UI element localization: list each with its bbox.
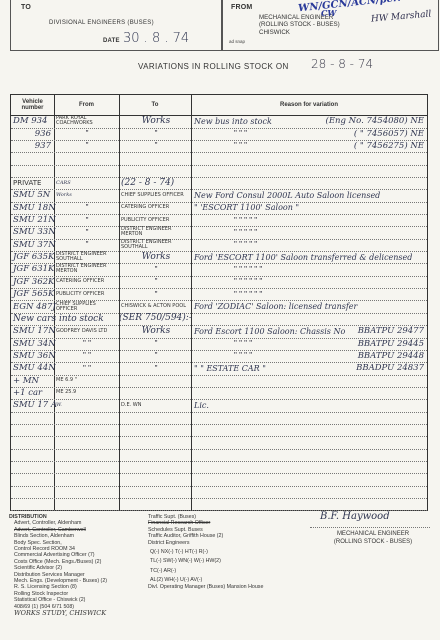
- to-cell: [121, 387, 191, 400]
- to-cell: DISTRICT ENGINEER SOUTHALL: [121, 239, 191, 252]
- from-cell: [56, 486, 118, 499]
- to-cell: Works: [121, 115, 191, 128]
- to-cell: [121, 498, 191, 511]
- reason-cell: [194, 436, 426, 449]
- signature-title-line-2: (ROLLING STOCK - BUSES): [318, 538, 428, 546]
- reference-number: BBATPU 29477: [358, 325, 424, 338]
- from-cell: CARS: [56, 177, 118, 190]
- from-cell: [56, 152, 118, 165]
- reason-cell: [194, 313, 426, 326]
- vehicle-number: +1 car: [13, 387, 53, 400]
- reason-cell: [194, 486, 426, 499]
- vehicle-number: [13, 436, 53, 449]
- date-value: 30 . 8 . 74: [123, 31, 189, 46]
- header-to: To: [119, 95, 191, 115]
- form-title: VARIATIONS IN ROLLING STOCK ON: [138, 62, 289, 71]
- reason-cell: [194, 461, 426, 474]
- from-box: FROM MECHANICAL ENGINEER (ROLLING STOCK …: [222, 0, 439, 51]
- reason-cell: [194, 164, 426, 177]
- to-cell: [121, 374, 191, 387]
- reason-cell: [194, 424, 426, 437]
- from-ref: ad snap: [229, 39, 245, 44]
- signature-line: B.F. Haywood: [310, 515, 430, 528]
- from-cell: ": [56, 214, 118, 227]
- to-cell: [121, 436, 191, 449]
- table-row: [11, 498, 427, 512]
- from-cell: ME 6.9 ": [56, 374, 118, 387]
- reason-cell: [194, 152, 426, 165]
- to-cell: ": [121, 362, 191, 375]
- to-cell: CHIEF SUPPLIES OFFICER: [121, 189, 191, 202]
- variations-table: Vehicle number From To Reason for variat…: [10, 94, 428, 511]
- to-cell: [121, 164, 191, 177]
- from-cell: GODFREY DAVIS LTD: [56, 325, 118, 338]
- vehicle-number: SMU 36N: [13, 350, 53, 363]
- reason-cell: Lic.: [194, 399, 426, 412]
- from-cell: [56, 164, 118, 177]
- distribution-entry: Divl. Operating Manager (Buses) Mansion …: [148, 584, 263, 590]
- to-cell: Works: [121, 325, 191, 338]
- reason-cell: " " " ": [194, 350, 374, 363]
- distribution-list-left: DISTRIBUTION Advert, Controller, Aldenha…: [9, 514, 107, 617]
- to-cell: [121, 424, 191, 437]
- from-cell: [56, 498, 118, 511]
- from-cell: [56, 461, 118, 474]
- distribution-entry: District Engineers: [148, 540, 263, 546]
- vehicle-number: SMU 34N: [13, 337, 53, 350]
- vehicle-number: [13, 164, 53, 177]
- reason-cell: " " " " ": [194, 239, 374, 252]
- vehicle-number: SMU 37N: [13, 239, 53, 252]
- distribution-entry: TL(-) SW(-) WN(-) W(-) HW(2): [148, 558, 263, 564]
- to-cell: PUBLICITY OFFICER: [121, 214, 191, 227]
- distribution-entry: WORKS STUDY, CHISWICK: [14, 610, 107, 616]
- vehicle-number: JGF 635K: [13, 251, 53, 264]
- from-cell: PARK ROYAL COACHWORKS: [56, 115, 118, 128]
- reference-number: BBADPU 24837: [356, 362, 424, 375]
- from-cell: " ": [56, 350, 118, 363]
- reason-cell: [194, 448, 426, 461]
- from-cell: " ": [56, 362, 118, 375]
- from-cell: " ": [56, 337, 118, 350]
- from-cell: ": [56, 201, 118, 214]
- reason-cell: Ford 'ESCORT 1100' Saloon transferred & …: [194, 251, 426, 264]
- from-line-2: (ROLLING STOCK - BUSES): [259, 21, 340, 28]
- to-cell: (22 - 8 - 74): [121, 177, 191, 190]
- from-cell: CHIEF SUPPLIES OFFICER: [56, 300, 118, 313]
- vehicle-number: [13, 411, 53, 424]
- to-label: TO: [21, 4, 31, 11]
- vehicle-number: SMU 21N: [13, 214, 53, 227]
- from-cell: [56, 424, 118, 437]
- to-recipient: DIVISIONAL ENGINEERS (BUSES): [49, 20, 154, 26]
- reference-number: ( " 7456057) NE: [354, 127, 424, 140]
- from-cell: [56, 473, 118, 486]
- from-cell: [56, 436, 118, 449]
- to-cell: [121, 448, 191, 461]
- reason-cell: [194, 374, 426, 387]
- vehicle-number: [13, 498, 53, 511]
- reason-cell: [194, 411, 426, 424]
- vehicle-number: SMU 44N: [13, 362, 53, 375]
- reason-cell: [194, 177, 426, 190]
- reason-cell: New Ford Consul 2000L Auto Saloon licens…: [194, 189, 426, 202]
- from-cell: PUBLICITY OFFICER: [56, 288, 118, 301]
- reason-cell: [194, 498, 426, 511]
- to-cell: ": [121, 288, 191, 301]
- header-vehicle-number: Vehicle number: [11, 95, 54, 115]
- distribution-entry: Commercial Advertising Officer (7): [14, 552, 107, 558]
- vehicle-number: New cars into stock: [13, 313, 118, 326]
- reason-cell: Ford 'ZODIAC' Saloon: licensed transfer: [194, 300, 426, 313]
- vehicle-number: JGF 565K: [13, 288, 53, 301]
- to-cell: [121, 473, 191, 486]
- signature-title-line-1: MECHANICAL ENGINEER: [318, 530, 428, 538]
- reason-cell: " " " " " ": [194, 263, 374, 276]
- variation-date: 28 - 8 - 74: [311, 57, 373, 71]
- vehicle-number: [13, 473, 53, 486]
- to-cell: Works: [121, 251, 191, 264]
- from-label: FROM: [231, 4, 252, 11]
- from-cell: DISTRICT ENGINEER SOUTHALL: [56, 251, 118, 264]
- date-label: DATE: [103, 38, 120, 44]
- handwritten-initials: CW: [321, 8, 336, 18]
- from-line-3: CHISWICK: [259, 29, 340, 36]
- reason-cell: " 'ESCORT 1100' Saloon ": [194, 201, 426, 214]
- to-cell: [121, 461, 191, 474]
- to-cell: (SER 750/594):-: [119, 313, 189, 326]
- vehicle-number: PRIVATE: [13, 177, 53, 190]
- to-cell: ": [121, 127, 191, 140]
- vehicle-number: [13, 461, 53, 474]
- to-cell: [121, 411, 191, 424]
- vehicle-number: SMU 33N: [13, 226, 53, 239]
- vehicle-number: 936: [13, 127, 51, 140]
- from-cell: Works: [56, 189, 118, 202]
- handwritten-routing-note: WN/GCN/ACN/per.: [298, 0, 402, 14]
- reference-number: (Eng No. 7454080) NE: [326, 115, 424, 128]
- from-cell: [56, 448, 118, 461]
- to-cell: D.E. WN: [121, 399, 191, 412]
- to-cell: CATERING OFFICER: [121, 201, 191, 214]
- signature: B.F. Haywood: [320, 511, 390, 522]
- vehicle-number: [13, 486, 53, 499]
- from-cell: W.: [56, 399, 118, 412]
- vehicle-number: JGF 631K: [13, 263, 53, 276]
- reason-cell: " " " ": [194, 337, 374, 350]
- to-cell: CHISWICK & ACTON POOL: [121, 300, 191, 313]
- reason-cell: " " ": [194, 127, 374, 140]
- from-cell: ": [56, 140, 118, 153]
- vehicle-number: SMU 18N: [13, 201, 53, 214]
- to-cell: ": [121, 276, 191, 289]
- from-cell: ": [56, 226, 118, 239]
- vehicle-number: SMU 17 A: [13, 399, 53, 412]
- vehicle-number: SMU 5N: [13, 189, 53, 202]
- to-cell: ": [121, 350, 191, 363]
- vehicle-number: JGF 362K: [13, 276, 53, 289]
- distribution-list-middle: Traffic Supt. (Buses)Financial Research …: [148, 514, 263, 590]
- vehicle-number: [13, 448, 53, 461]
- reason-cell: " " " " ": [194, 226, 374, 239]
- vehicle-number: + MN: [13, 374, 53, 387]
- signature-title: MECHANICAL ENGINEER (ROLLING STOCK - BUS…: [318, 530, 428, 546]
- reason-cell: " " ": [194, 140, 374, 153]
- from-cell: ": [56, 127, 118, 140]
- from-cell: ME 25.9: [56, 387, 118, 400]
- to-box: TO DIVISIONAL ENGINEERS (BUSES) DATE 30 …: [10, 0, 222, 51]
- header-from: From: [54, 95, 119, 115]
- to-cell: [121, 486, 191, 499]
- distribution-entry: Q(-) NX(-) T(-) HT(-) R(-): [148, 549, 263, 555]
- reason-cell: " " " " ": [194, 214, 374, 227]
- reason-cell: [194, 473, 426, 486]
- reference-number: ( " 7456275) NE: [354, 140, 424, 153]
- from-cell: ": [56, 239, 118, 252]
- table-header: Vehicle number From To Reason for variat…: [11, 95, 427, 116]
- reason-cell: " " " " " ": [194, 276, 374, 289]
- reason-cell: [194, 387, 426, 400]
- reason-cell: " " " " " ": [194, 288, 374, 301]
- from-cell: DISTRICT ENGINEER MERTON: [56, 263, 118, 276]
- vehicle-number: [13, 424, 53, 437]
- to-cell: ": [121, 140, 191, 153]
- to-cell: ": [121, 263, 191, 276]
- vehicle-number: 937: [13, 140, 51, 153]
- vehicle-number: EGN 487J: [13, 300, 53, 313]
- distribution-entry: TC(-) AR(-): [148, 568, 263, 574]
- vehicle-number: [13, 152, 53, 165]
- to-cell: DISTRICT ENGINEER MERTON: [121, 226, 191, 239]
- reference-number: BBATPU 29448: [358, 350, 424, 363]
- reference-number: BBATPU 29445: [358, 337, 424, 350]
- to-cell: [121, 152, 191, 165]
- from-cell: CATERING OFFICER: [56, 276, 118, 289]
- vehicle-number: DM 934: [13, 115, 53, 128]
- from-cell: [56, 411, 118, 424]
- handwritten-name: HW Marshall: [371, 9, 432, 24]
- vehicle-number: SMU 17N: [13, 325, 53, 338]
- header-reason: Reason for variation: [191, 95, 427, 115]
- to-cell: ": [121, 337, 191, 350]
